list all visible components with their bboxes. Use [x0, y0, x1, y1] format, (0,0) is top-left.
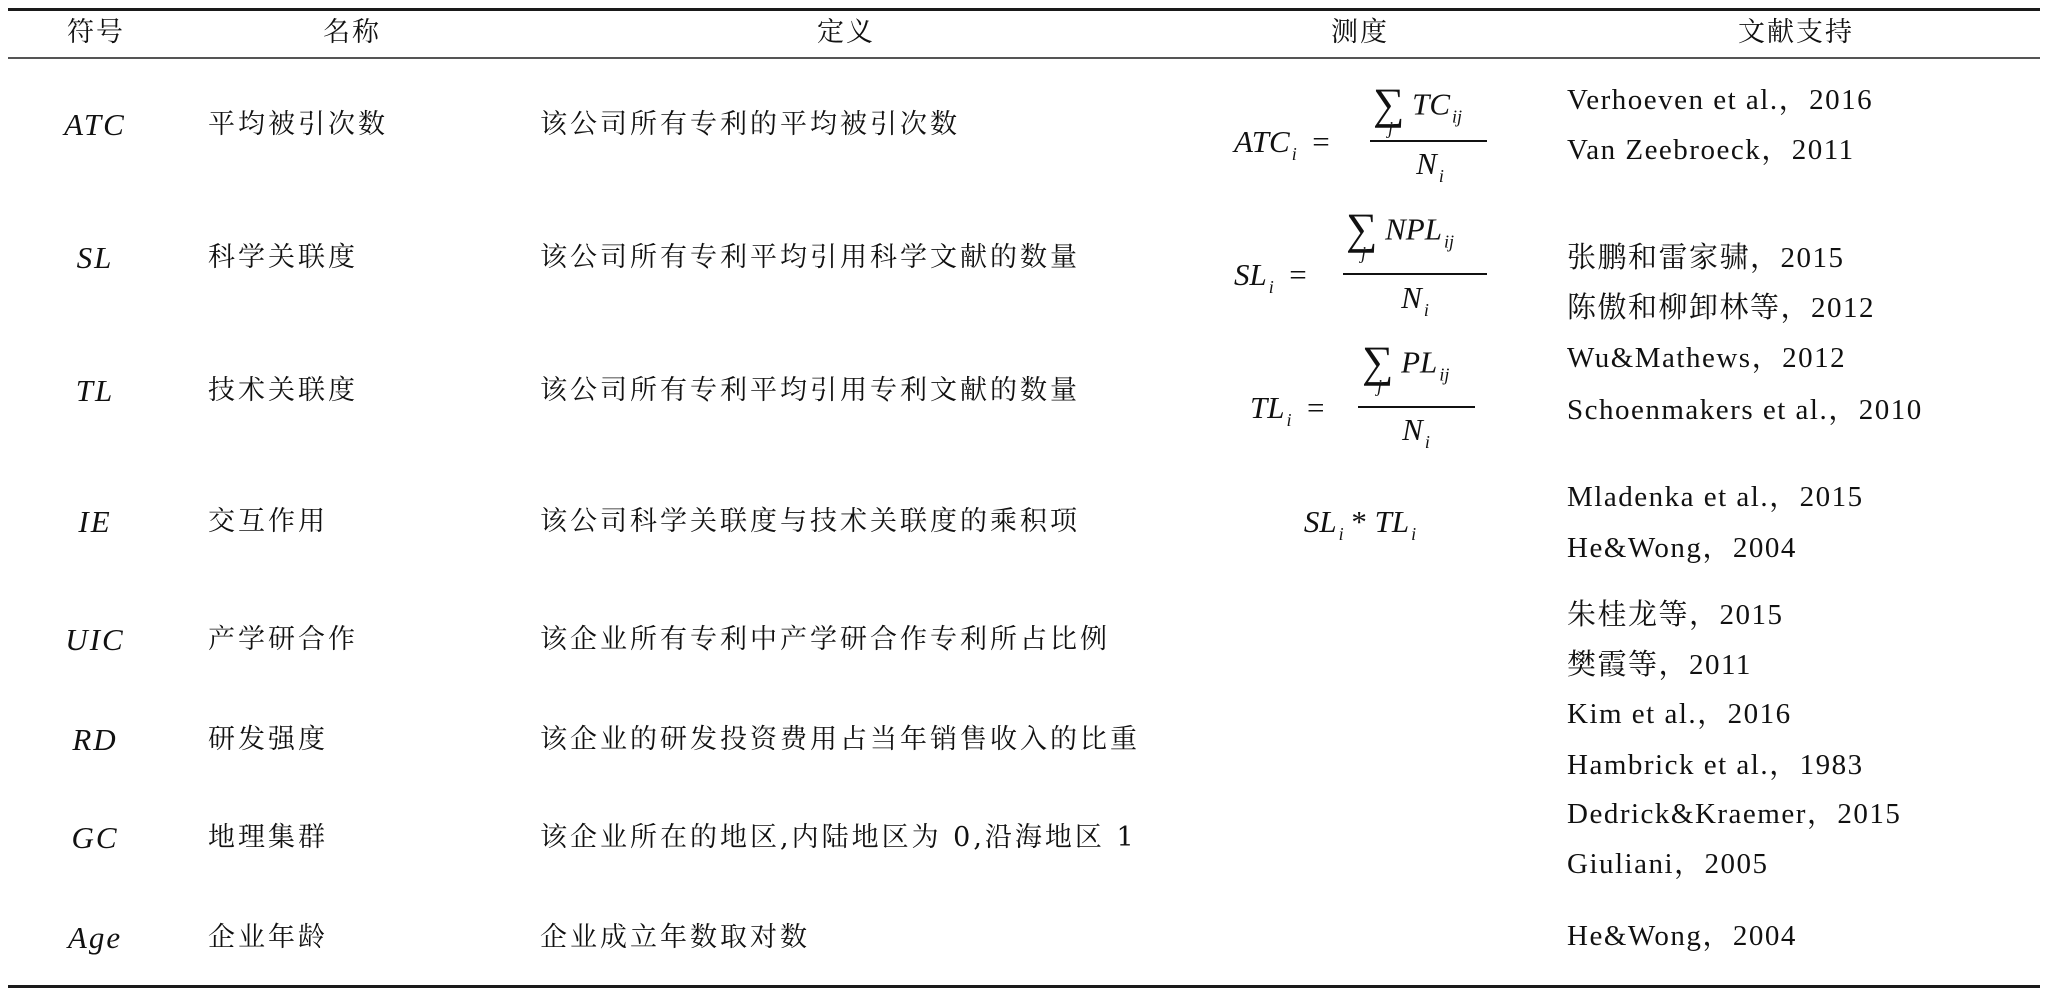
reference-item: 张鹏和雷家骕，2015	[1567, 240, 1845, 276]
formula-denominator: N	[1401, 280, 1422, 315]
formula-lhs: TL	[1250, 390, 1284, 425]
formula-lhs-sub: i	[1286, 410, 1291, 430]
reference-item: Giuliani，2005	[1567, 846, 1769, 882]
definition-cell: 该企业的研发投资费用占当年销售收入的比重	[540, 722, 1140, 758]
symbol-cell: RD	[72, 722, 117, 758]
name-cell: 地理集群	[208, 820, 328, 856]
header-definition: 定义	[817, 14, 875, 52]
formula-term-b: TL	[1375, 504, 1409, 539]
definition-cell: 该企业所有专利中产学研合作专利所占比例	[540, 622, 1110, 658]
reference-item: He&Wong，2004	[1567, 918, 1797, 954]
reference-item: Van Zeebroeck，2011	[1567, 132, 1855, 168]
definition-cell: 该公司所有专利平均引用专利文献的数量	[540, 373, 1080, 409]
formula-term-a-sub: i	[1339, 524, 1344, 544]
sum-index: j	[1361, 243, 1366, 264]
reference-item: He&Wong，2004	[1567, 530, 1797, 566]
formula-lhs-sub: i	[1292, 144, 1297, 164]
formula-lhs: SL	[1234, 257, 1267, 292]
formula-numerator: PL	[1401, 345, 1437, 380]
formula-term-a: SL	[1304, 504, 1337, 539]
name-cell: 技术关联度	[208, 373, 358, 409]
table-header-rule	[8, 57, 2040, 59]
symbol-cell: IE	[78, 504, 111, 540]
definition-cell: 该公司所有专利的平均被引次数	[540, 107, 960, 143]
fraction-bar	[1343, 273, 1487, 275]
reference-item: 朱桂龙等，2015	[1567, 597, 1784, 633]
reference-item: 樊霞等，2011	[1567, 647, 1752, 683]
header-measure: 测度	[1331, 14, 1389, 52]
formula-lhs: ATC	[1234, 124, 1290, 159]
formula-denominator-sub: i	[1424, 300, 1429, 320]
header-references: 文献支持	[1738, 14, 1854, 52]
formula-numerator-sub: ij	[1444, 232, 1454, 252]
header-name: 名称	[323, 14, 381, 52]
multiply-icon: *	[1351, 504, 1367, 539]
table-bottom-rule	[8, 985, 2040, 988]
name-cell: 平均被引次数	[208, 107, 388, 143]
reference-item: Kim et al.，2016	[1567, 696, 1792, 732]
reference-item: Schoenmakers et al.，2010	[1567, 392, 1923, 428]
definition-cell: 企业成立年数取对数	[540, 920, 810, 956]
sum-index: j	[1377, 376, 1382, 397]
name-cell: 研发强度	[208, 722, 328, 758]
symbol-cell: SL	[77, 240, 114, 276]
fraction-bar	[1358, 406, 1475, 408]
formula-denominator: N	[1416, 146, 1437, 181]
symbol-cell: GC	[71, 820, 118, 856]
name-cell: 企业年龄	[208, 920, 328, 956]
header-symbol: 符号	[67, 14, 125, 52]
reference-item: Dedrick&Kraemer，2015	[1567, 796, 1901, 832]
fraction-bar	[1370, 140, 1487, 142]
formula-denominator-sub: i	[1439, 166, 1444, 186]
formula-numerator: TC	[1412, 87, 1450, 122]
formula-denominator: N	[1402, 412, 1423, 447]
symbol-cell: UIC	[65, 622, 124, 658]
reference-item: Verhoeven et al.，2016	[1567, 82, 1873, 118]
formula-term-b-sub: i	[1411, 524, 1416, 544]
name-cell: 科学关联度	[208, 240, 358, 276]
formula-equals: =	[1289, 257, 1306, 292]
sum-index: j	[1388, 118, 1393, 139]
formula-equals: =	[1307, 390, 1324, 425]
reference-item: Hambrick et al.，1983	[1567, 747, 1864, 783]
symbol-cell: ATC	[64, 107, 126, 143]
formula-numerator-sub: ij	[1452, 107, 1462, 127]
formula-numerator-sub: ij	[1439, 365, 1449, 385]
formula-equals: =	[1312, 124, 1329, 159]
reference-item: 陈傲和柳卸林等，2012	[1567, 290, 1875, 326]
definition-cell: 该企业所在的地区,内陆地区为 0,沿海地区 1	[540, 820, 1137, 856]
reference-item: Wu&Mathews，2012	[1567, 340, 1846, 376]
name-cell: 交互作用	[208, 504, 328, 540]
name-cell: 产学研合作	[208, 622, 358, 658]
symbol-cell: TL	[76, 373, 114, 409]
table-top-rule	[8, 8, 2040, 11]
formula-denominator-sub: i	[1425, 432, 1430, 452]
formula-numerator: NPL	[1385, 212, 1442, 247]
symbol-cell: Age	[68, 920, 122, 956]
definition-cell: 该公司科学关联度与技术关联度的乘积项	[540, 504, 1080, 540]
formula-lhs-sub: i	[1269, 277, 1274, 297]
reference-item: Mladenka et al.，2015	[1567, 479, 1864, 515]
definition-cell: 该公司所有专利平均引用科学文献的数量	[540, 240, 1080, 276]
